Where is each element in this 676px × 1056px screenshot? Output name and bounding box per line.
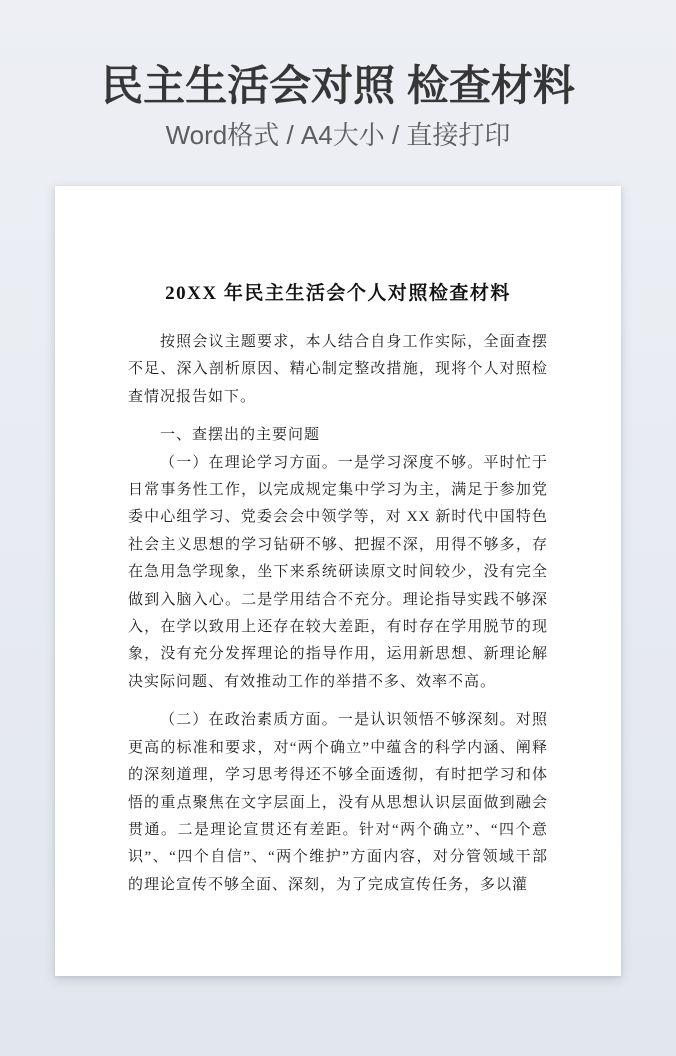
a4-document-page: 20XX 年民主生活会个人对照检查材料 按照会议主题要求，本人结合自身工作实际，… (55, 186, 621, 976)
template-preview: 民主生活会对照 检查材料 Word格式 / A4大小 / 直接打印 20XX 年… (0, 0, 676, 976)
document-section-heading: 一、查摆出的主要问题 (128, 422, 548, 449)
document-title: 20XX 年民主生活会个人对照检查材料 (128, 281, 548, 307)
template-subtitle: Word格式 / A4大小 / 直接打印 (0, 118, 676, 152)
template-title: 民主生活会对照 检查材料 (0, 58, 676, 114)
preview-header: 民主生活会对照 检查材料 Word格式 / A4大小 / 直接打印 (0, 0, 676, 152)
document-paragraph-political-quality: （二）在政治素质方面。一是认识领悟不够深刻。对照更高的标准和要求，对“两个确立”… (128, 707, 548, 899)
document-paragraph-theory-study: （一）在理论学习方面。一是学习深度不够。平时忙于日常事务性工作，以完成规定集中学… (128, 450, 548, 697)
document-intro-paragraph: 按照会议主题要求，本人结合自身工作实际，全面查摆不足、深入剖析原因、精心制定整改… (128, 329, 548, 411)
